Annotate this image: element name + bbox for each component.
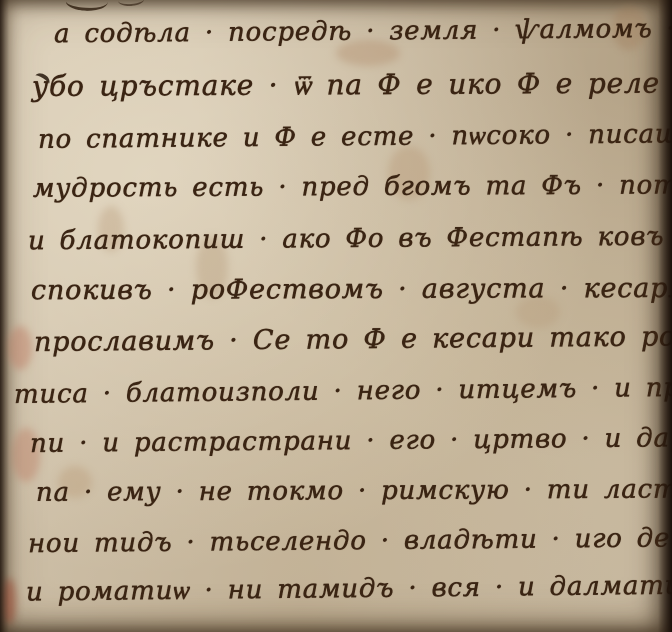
manuscript-line: тиса · блатоизполи · него · итцемъ · и п… xyxy=(14,372,672,410)
manuscript-line: спокивъ · роФествомъ · августа · кесаря xyxy=(31,273,672,306)
manuscript-line: прославимъ · Се то Ф е кесари тако роди xyxy=(34,321,672,358)
manuscript-line: по спатнике и Ф е есте · пѡсоко · писаще xyxy=(38,119,672,155)
manuscript-line: мудрость есть · пред бгомъ та Фъ · потѡ xyxy=(33,170,672,203)
manuscript-line: убо цръстаке · ѿ па Ф е ико Ф е реле сиц… xyxy=(32,66,672,104)
manuscript-line: и роматиѡ · ни тамидъ · вся · и далматиѡ xyxy=(26,570,672,607)
bleedthrough-stain xyxy=(8,326,32,370)
manuscript-page: а содѣла · посредѣ · земля · ѱалмомъ · и… xyxy=(0,0,672,632)
cut-off-line-remnant xyxy=(65,0,109,13)
manuscript-line: а содѣла · посредѣ · земля · ѱалмомъ · и… xyxy=(54,13,672,50)
manuscript-line: нои тидъ · тьселендо · владѣти · иго де … xyxy=(28,523,672,559)
manuscript-line: и блатокопиш · ако Фо въ Фестапѣ ковъ xyxy=(28,222,665,256)
page-edge-left xyxy=(0,0,9,632)
manuscript-line: па · ему · не токмо · римскую · ти ласти… xyxy=(36,474,672,508)
page-edge-right xyxy=(658,0,672,632)
manuscript-line: пи · и растрастрани · его · цртво · и да… xyxy=(30,423,672,459)
cut-off-line-remnant xyxy=(118,0,145,7)
